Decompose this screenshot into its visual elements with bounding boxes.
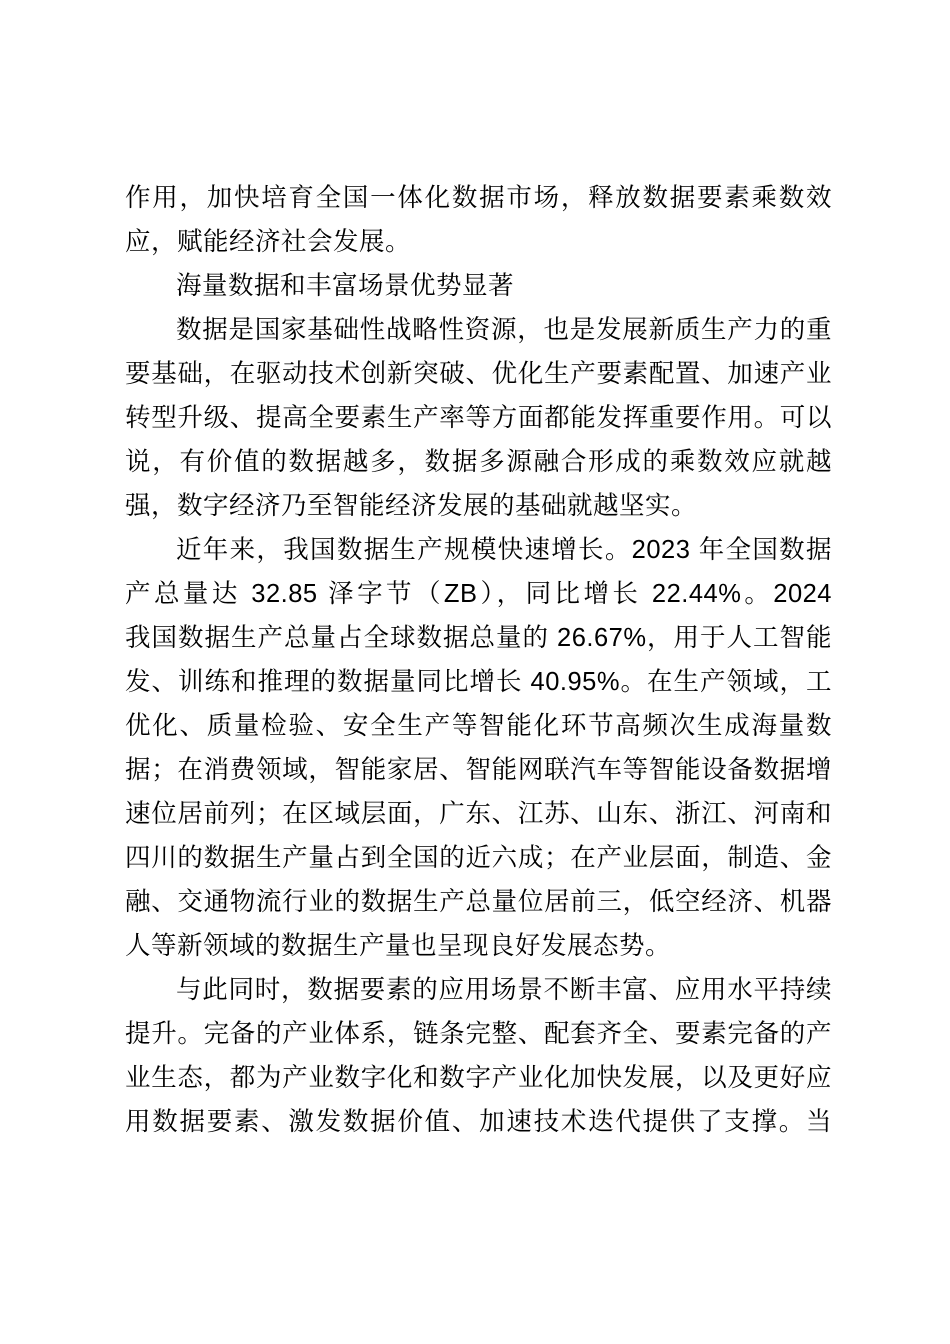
text-line: 用数据要素、激发数据价值、加速技术迭代提供了支撑。当 xyxy=(125,1100,832,1144)
text-line: 海量数据和丰富场景优势显著 xyxy=(125,264,832,308)
paragraph-data-strategic-resource: 数据是国家基础性战略性资源，也是发展新质生产力的重要基础，在驱动技术创新突破、优… xyxy=(125,308,832,528)
text-line: 说，有价值的数据越多，数据多源融合形成的乘数效应就越 xyxy=(125,440,832,484)
text-line: 四川的数据生产量占到全国的近六成；在产业层面，制造、金 xyxy=(125,836,832,880)
text-line: 融、交通物流行业的数据生产总量位居前三，低空经济、机器 xyxy=(125,880,832,924)
text-line: 应，赋能经济社会发展。 xyxy=(125,220,832,264)
section-subheading: 海量数据和丰富场景优势显著 xyxy=(125,264,832,308)
text-line: 人等新领域的数据生产量也呈现良好发展态势。 xyxy=(125,924,832,968)
text-line: 据；在消费领域，智能家居、智能网联汽车等智能设备数据增 xyxy=(125,748,832,792)
text-line: 业生态，都为产业数字化和数字产业化加快发展，以及更好应 xyxy=(125,1056,832,1100)
text-line: 作用，加快培育全国一体化数据市场，释放数据要素乘数效 xyxy=(125,176,832,220)
text-line: 优化、质量检验、安全生产等智能化环节高频次生成海量数 xyxy=(125,704,832,748)
text-line: 近年来，我国数据生产规模快速增长。2023 年全国数据生 xyxy=(125,528,832,572)
text-line: 强，数字经济乃至智能经济发展的基础就越坚实。 xyxy=(125,484,832,528)
document-page: 作用，加快培育全国一体化数据市场，释放数据要素乘数效应，赋能经济社会发展。海量数… xyxy=(0,0,950,1344)
document-body: 作用，加快培育全国一体化数据市场，释放数据要素乘数效应，赋能经济社会发展。海量数… xyxy=(125,176,832,1144)
text-line: 转型升级、提高全要素生产率等方面都能发挥重要作用。可以 xyxy=(125,396,832,440)
paragraph-data-production-growth: 近年来，我国数据生产规模快速增长。2023 年全国数据生产总量达 32.85 泽… xyxy=(125,528,832,968)
paragraph-continued-from-previous-page: 作用，加快培育全国一体化数据市场，释放数据要素乘数效应，赋能经济社会发展。 xyxy=(125,176,832,264)
text-line: 速位居前列；在区域层面，广东、江苏、山东、浙江、河南和 xyxy=(125,792,832,836)
paragraph-application-scenarios: 与此同时，数据要素的应用场景不断丰富、应用水平持续提升。完备的产业体系，链条完整… xyxy=(125,968,832,1144)
text-line: 提升。完备的产业体系，链条完整、配套齐全、要素完备的产 xyxy=(125,1012,832,1056)
text-line: 数据是国家基础性战略性资源，也是发展新质生产力的重 xyxy=(125,308,832,352)
text-line: 发、训练和推理的数据量同比增长 40.95%。在生产领域，工艺 xyxy=(125,660,832,704)
text-line: 要基础，在驱动技术创新突破、优化生产要素配置、加速产业 xyxy=(125,352,832,396)
text-line: 产总量达 32.85 泽字节（ZB），同比增长 22.44%。2024 年， xyxy=(125,572,832,616)
text-line: 我国数据生产总量占全球数据总量的 26.67%，用于人工智能开 xyxy=(125,616,832,660)
text-line: 与此同时，数据要素的应用场景不断丰富、应用水平持续 xyxy=(125,968,832,1012)
